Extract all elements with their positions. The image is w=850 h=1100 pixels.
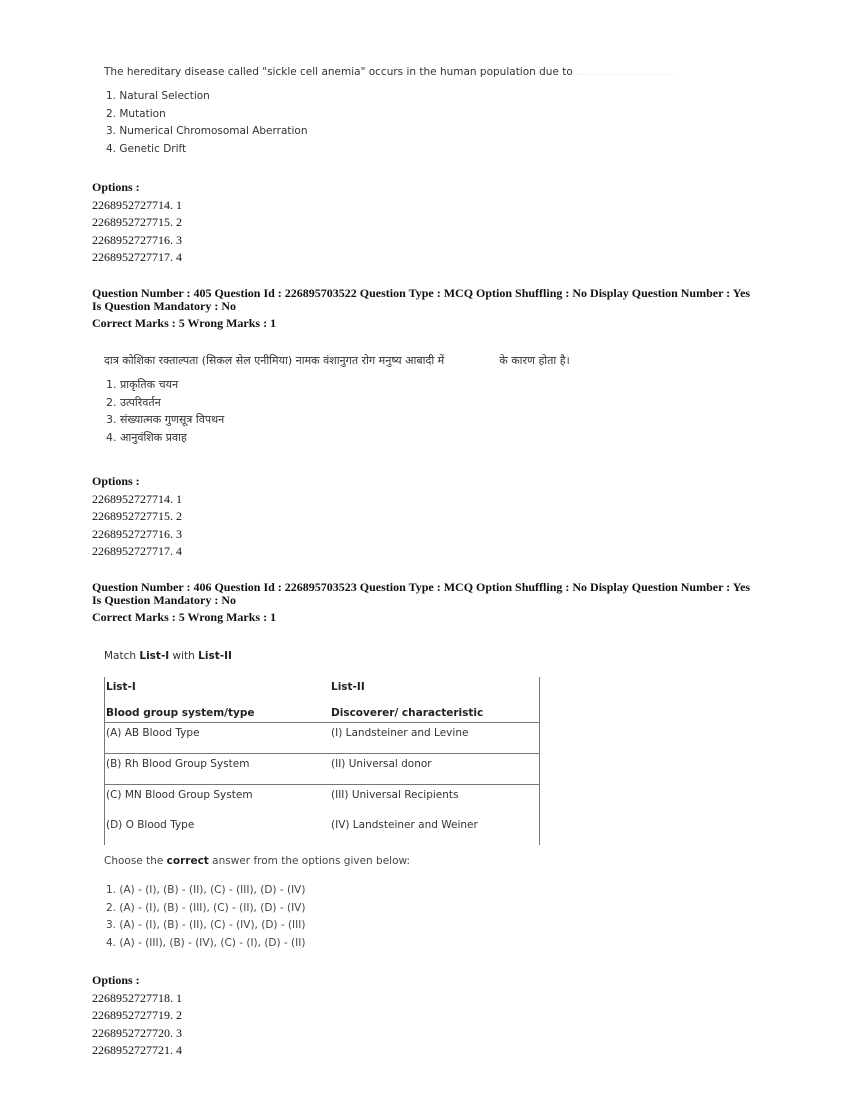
choice-item: 1. Natural Selection	[106, 88, 676, 106]
table-subheader-cell: Blood group system/type	[105, 707, 331, 723]
question-405-options: Options : 2268952727714. 1 2268952727715…	[92, 473, 182, 561]
question-405-stem: दात्र कोशिका रक्ताल्पता (सिकल सेल एनीमिय…	[104, 353, 570, 368]
question-404-stem: The hereditary disease called "sickle ce…	[104, 64, 676, 78]
option-id: 2268952727715. 2	[92, 508, 182, 526]
choice-item: 3. संख्यात्मक गुणसूत्र विपथन	[106, 411, 570, 429]
question-405-choices: 1. प्राकृतिक चयन 2. उत्परिवर्तन 3. संख्य…	[106, 376, 570, 446]
option-id: 2268952727714. 1	[92, 491, 182, 509]
table-subheader-row: Blood group system/type Discoverer/ char…	[105, 707, 540, 723]
table-cell: (D) O Blood Type	[105, 815, 331, 845]
choice-item: 3. Numerical Chromosomal Aberration	[106, 123, 676, 141]
choice-item: 2. (A) - (I), (B) - (III), (C) - (II), (…	[106, 900, 305, 918]
option-id: 2268952727716. 3	[92, 232, 182, 250]
option-id: 2268952727716. 3	[92, 526, 182, 544]
question-405-meta: Question Number : 405 Question Id : 2268…	[92, 287, 752, 330]
table-row: (D) O Blood Type (IV) Landsteiner and We…	[105, 815, 540, 845]
choice-item: 4. (A) - (III), (B) - (IV), (C) - (I), (…	[106, 935, 305, 953]
question-meta-line: Question Number : 405 Question Id : 2268…	[92, 286, 750, 313]
options-label: Options :	[92, 179, 182, 197]
option-id: 2268952727717. 4	[92, 249, 182, 267]
table-cell: (IV) Landsteiner and Weiner	[330, 815, 540, 845]
table-header-cell: List-I	[105, 677, 331, 707]
question-meta-line: Question Number : 406 Question Id : 2268…	[92, 580, 750, 607]
table-cell: (II) Universal donor	[330, 754, 540, 785]
answer-blank	[576, 64, 676, 75]
exam-page: The hereditary disease called "sickle ce…	[0, 0, 850, 1100]
option-id: 2268952727719. 2	[92, 1007, 182, 1025]
question-405-body: दात्र कोशिका रक्ताल्पता (सिकल सेल एनीमिय…	[104, 353, 570, 446]
table-cell: (C) MN Blood Group System	[105, 785, 331, 816]
match-table: List-I List-II Blood group system/type D…	[104, 677, 540, 845]
marks-line: Correct Marks : 5 Wrong Marks : 1	[92, 611, 752, 624]
table-subheader-cell: Discoverer/ characteristic	[330, 707, 540, 723]
question-404-choices: 1. Natural Selection 2. Mutation 3. Nume…	[106, 88, 676, 158]
table-header-row: List-I List-II	[105, 677, 540, 707]
table-row: (C) MN Blood Group System (III) Universa…	[105, 785, 540, 816]
question-404-options: Options : 2268952727714. 1 2268952727715…	[92, 179, 182, 267]
option-id: 2268952727717. 4	[92, 543, 182, 561]
table-cell: (I) Landsteiner and Levine	[330, 723, 540, 754]
table-row: (A) AB Blood Type (I) Landsteiner and Le…	[105, 723, 540, 754]
option-id: 2268952727720. 3	[92, 1025, 182, 1043]
marks-line: Correct Marks : 5 Wrong Marks : 1	[92, 317, 752, 330]
choice-item: 2. उत्परिवर्तन	[106, 394, 570, 412]
question-406-choices: 1. (A) - (I), (B) - (II), (C) - (III), (…	[106, 882, 305, 952]
table-cell: (B) Rh Blood Group System	[105, 754, 331, 785]
choice-item: 2. Mutation	[106, 106, 676, 124]
option-id: 2268952727718. 1	[92, 990, 182, 1008]
question-406-meta: Question Number : 406 Question Id : 2268…	[92, 581, 752, 624]
match-intro: Match List-I with List-II	[104, 650, 232, 662]
choose-instruction: Choose the correct answer from the optio…	[104, 855, 410, 867]
question-404-body: The hereditary disease called "sickle ce…	[104, 64, 676, 158]
options-label: Options :	[92, 972, 182, 990]
choice-item: 3. (A) - (I), (B) - (II), (C) - (IV), (D…	[106, 917, 305, 935]
choice-item: 4. Genetic Drift	[106, 141, 676, 159]
option-id: 2268952727714. 1	[92, 197, 182, 215]
table-cell: (III) Universal Recipients	[330, 785, 540, 816]
choice-item: 1. (A) - (I), (B) - (II), (C) - (III), (…	[106, 882, 305, 900]
table-cell: (A) AB Blood Type	[105, 723, 331, 754]
choice-item: 4. आनुवंशिक प्रवाह	[106, 429, 570, 447]
option-id: 2268952727715. 2	[92, 214, 182, 232]
choice-item: 1. प्राकृतिक चयन	[106, 376, 570, 394]
options-label: Options :	[92, 473, 182, 491]
table-row: (B) Rh Blood Group System (II) Universal…	[105, 754, 540, 785]
option-id: 2268952727721. 4	[92, 1042, 182, 1060]
table-header-cell: List-II	[330, 677, 540, 707]
question-406-options: Options : 2268952727718. 1 2268952727719…	[92, 972, 182, 1060]
